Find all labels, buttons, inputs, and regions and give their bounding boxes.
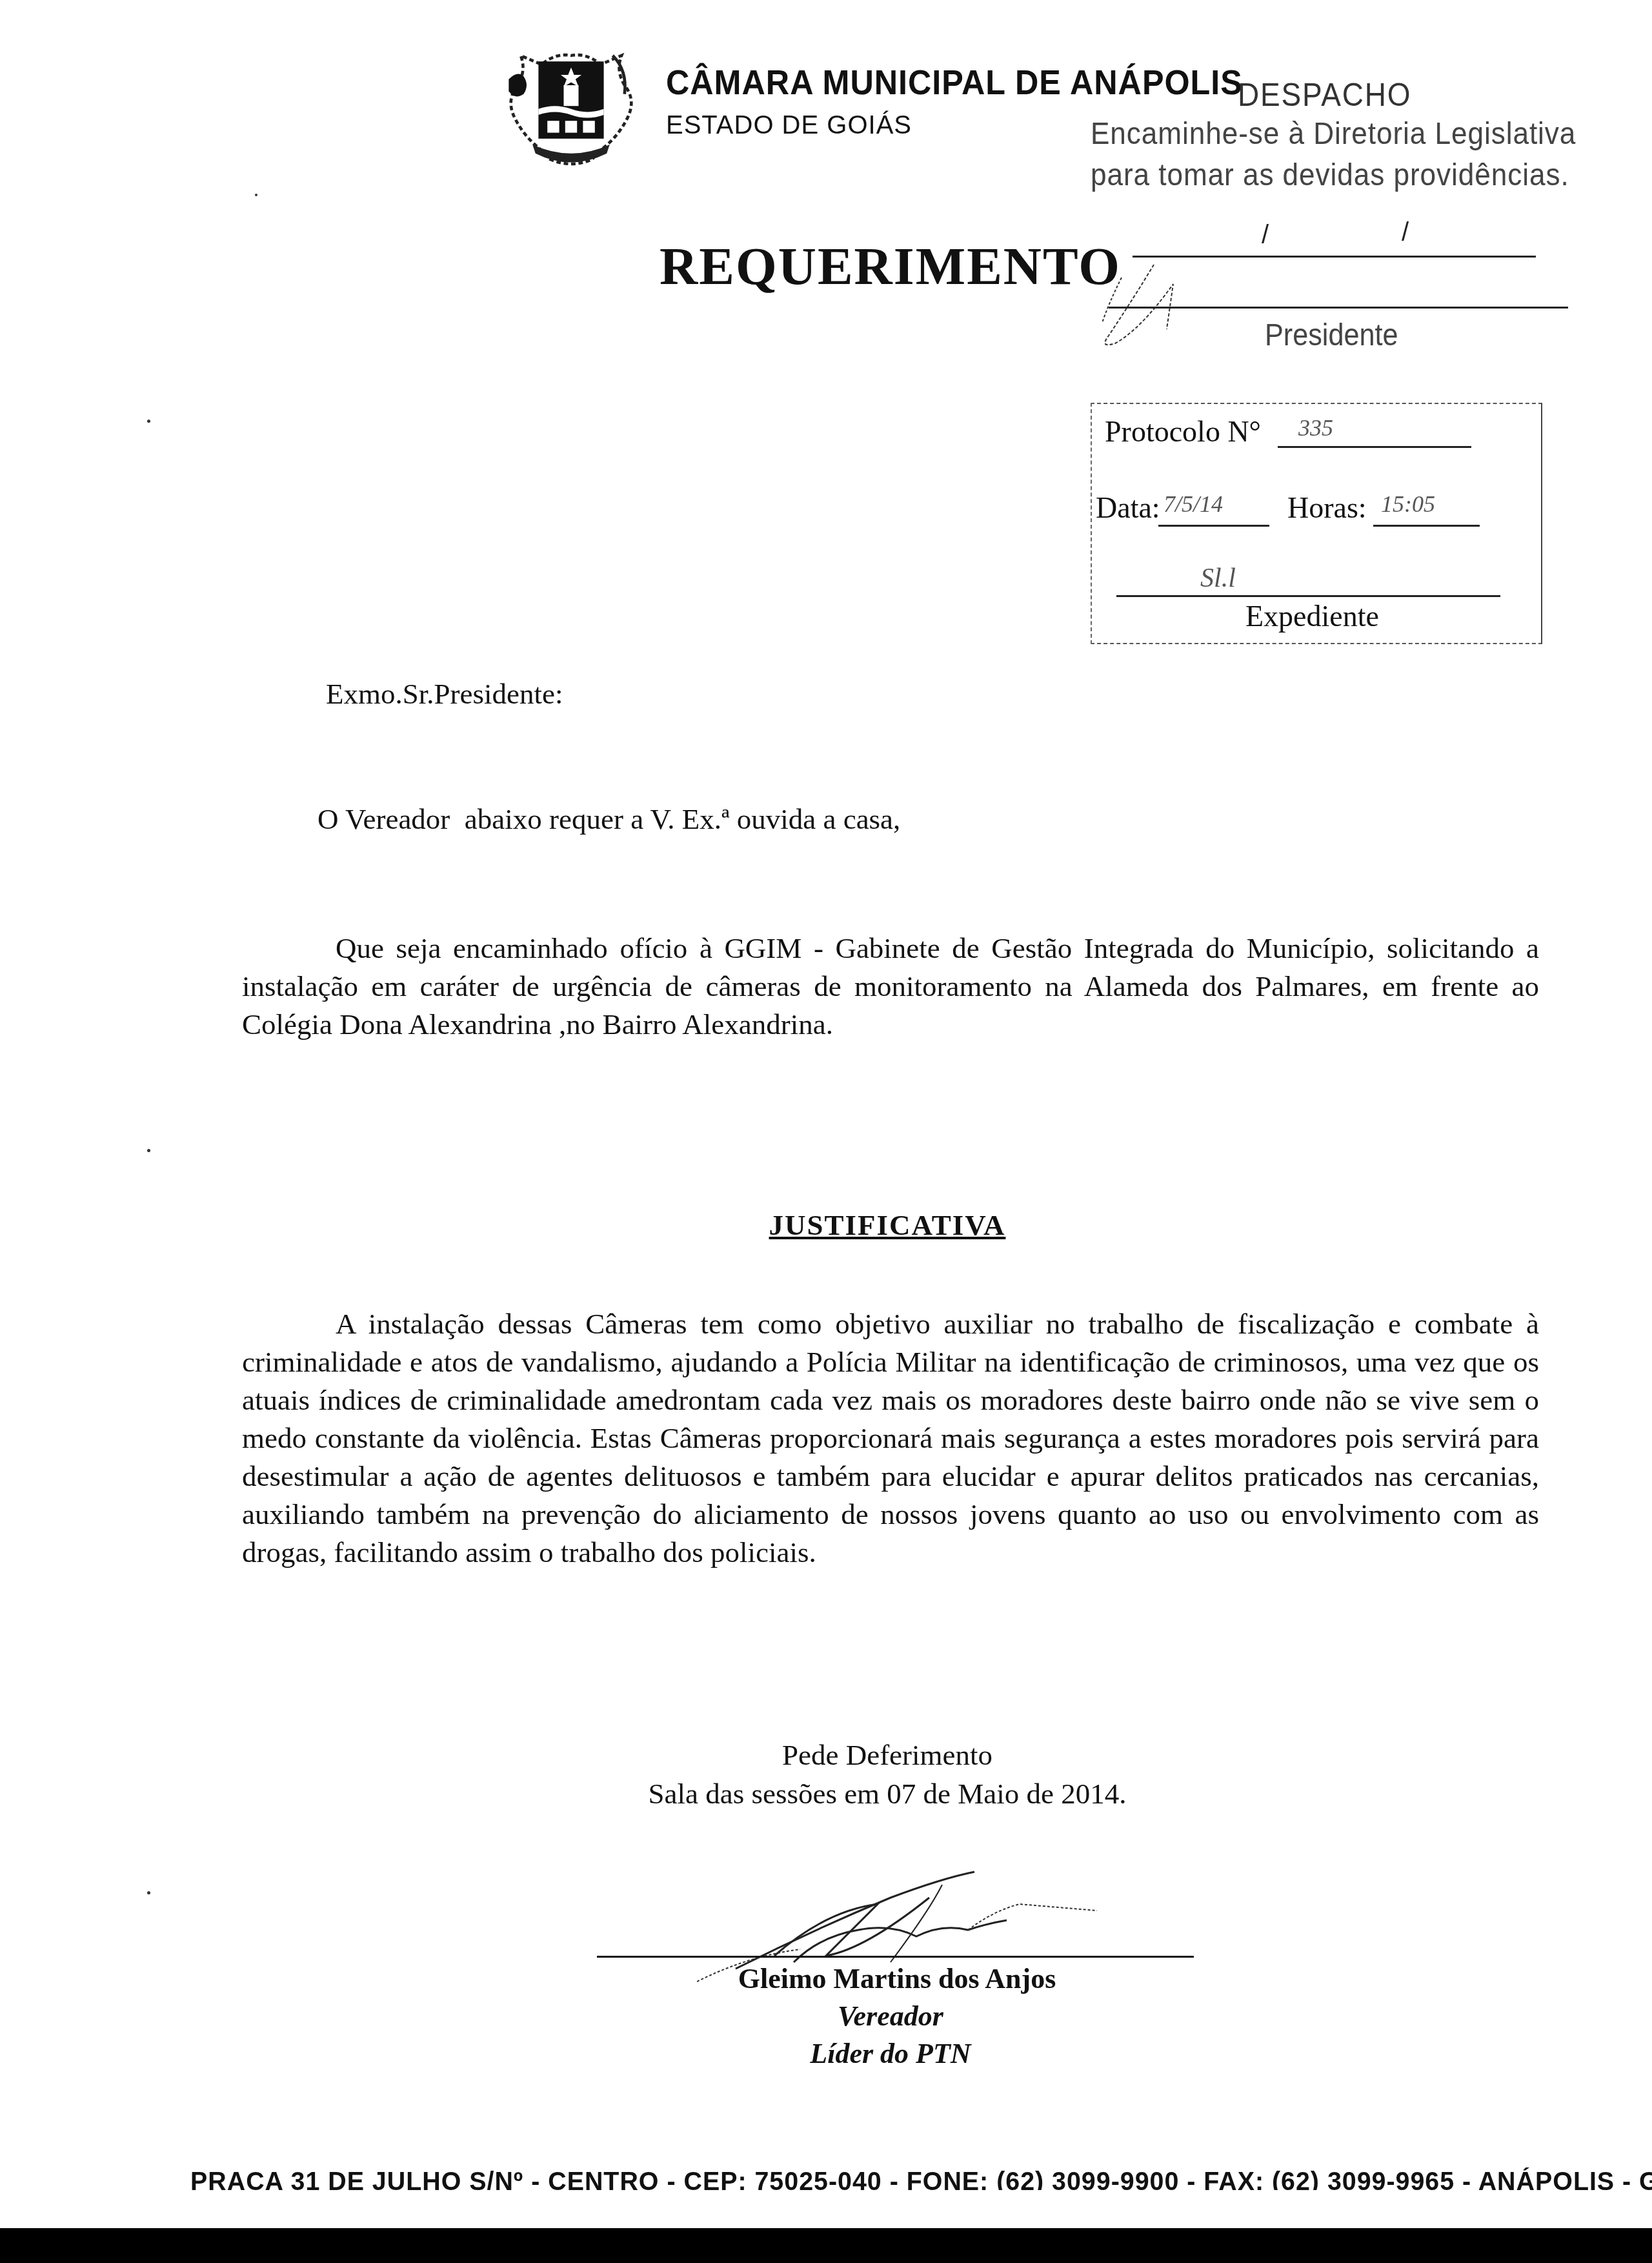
signature-line <box>597 1956 1194 1958</box>
protocol-number-label: Protocolo N° <box>1105 414 1261 449</box>
request-paragraph: Que seja encaminhado ofício à GGIM - Gab… <box>242 929 1539 1044</box>
protocol-number-value: 335 <box>1278 414 1471 448</box>
scan-speck <box>255 194 257 196</box>
despacho-stamp-line: para tomar as devidas providências. <box>1091 157 1569 193</box>
justification-paragraph-text: A instalação dessas Câmeras tem como obj… <box>242 1308 1539 1568</box>
org-state: ESTADO DE GOIÁS <box>666 111 912 140</box>
protocol-hours-label: Horas: <box>1287 491 1367 525</box>
scan-speck <box>147 1149 150 1152</box>
date-separator: / <box>1402 218 1409 247</box>
president-label: Presidente <box>1265 318 1398 353</box>
signatory-name: Gleimo Martins dos Anjos <box>0 1962 1652 1995</box>
protocol-date-label: Data: <box>1096 491 1160 525</box>
footer-address: PRAÇA 31 DE JULHO S/Nº - CENTRO - CEP: 7… <box>190 2167 1652 2197</box>
signatory-role: Vereador <box>0 2000 1652 2033</box>
date-line <box>1133 256 1536 258</box>
protocol-date-value: 7/5/14 <box>1158 491 1269 527</box>
justification-paragraph: A instalação dessas Câmeras tem como obj… <box>242 1305 1539 1572</box>
expediente-signature-line <box>1116 595 1500 597</box>
scan-speck <box>147 420 150 423</box>
president-signature <box>1096 258 1231 349</box>
salutation: Exmo.Sr.Presidente: <box>326 675 563 713</box>
signatory-party: Líder do PTN <box>0 2037 1652 2070</box>
document-title: REQUERIMENTO <box>660 236 1121 297</box>
request-paragraph-text: Que seja encaminhado ofício à GGIM - Gab… <box>242 932 1539 1040</box>
date-separator: / <box>1262 221 1269 250</box>
despacho-stamp-line: Encaminhe-se à Diretoria Legislativa <box>1091 116 1576 152</box>
closing-request: Pede Deferimento <box>0 1736 1652 1774</box>
org-name: CÂMARA MUNICIPAL DE ANÁPOLIS <box>666 63 1243 103</box>
closing-date: Sala das sessões em 07 de Maio de 2014. <box>0 1775 1652 1813</box>
coat-of-arms-icon <box>497 26 645 174</box>
scan-speck <box>147 1891 150 1894</box>
scan-bottom-edge <box>0 2228 1652 2263</box>
president-signature-line <box>1109 307 1568 309</box>
despacho-stamp-title: DESPACHO <box>1238 76 1411 114</box>
protocol-hours-value: 15:05 <box>1373 491 1480 527</box>
expediente-initials: Sl.l <box>1200 563 1236 594</box>
expediente-label: Expediente <box>1245 599 1379 633</box>
opening-line: O Vereador abaixo requer a V. Ex.ª ouvid… <box>317 800 900 838</box>
justification-heading: JUSTIFICATIVA <box>0 1208 1652 1242</box>
